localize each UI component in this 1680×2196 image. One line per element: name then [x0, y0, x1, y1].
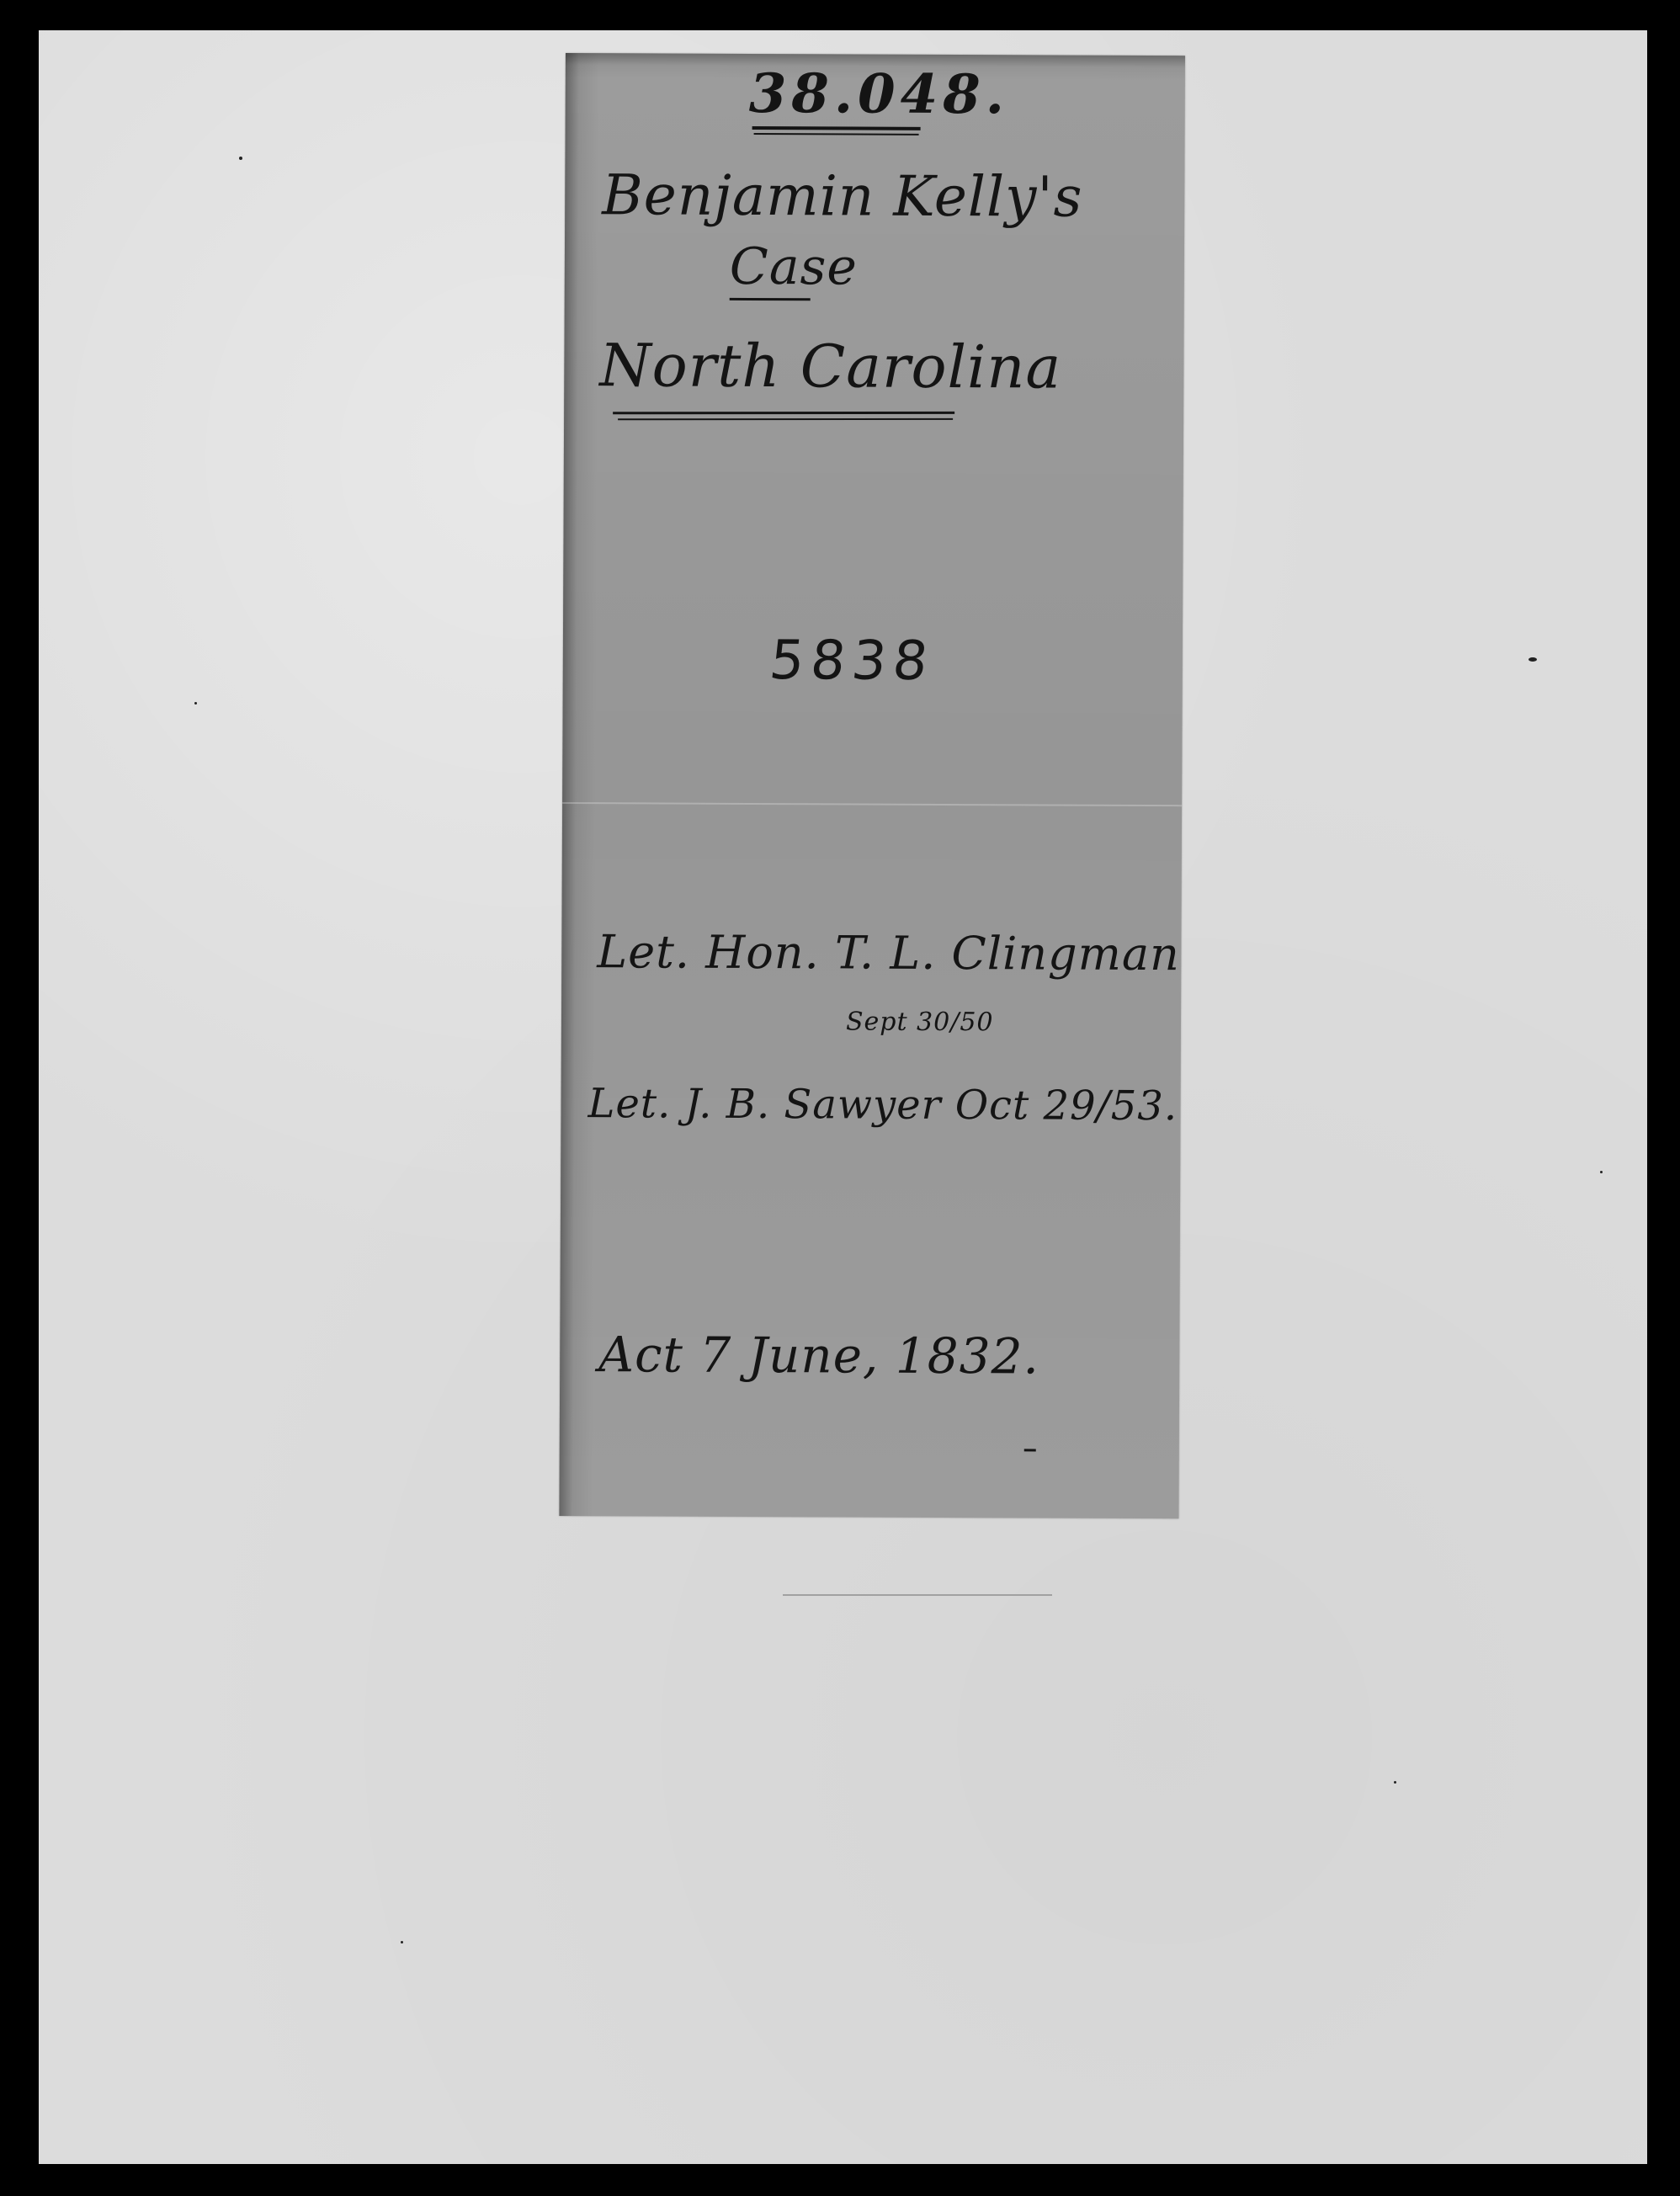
case-number: 38.048.	[749, 62, 1010, 126]
scanned-page: 38.048. Benjamin Kelly's Case North Caro…	[39, 30, 1647, 2164]
file-jacket-slip: 38.048. Benjamin Kelly's Case North Caro…	[559, 53, 1185, 1518]
state-name: North Carolina	[599, 331, 1061, 401]
case-label: Case	[730, 237, 858, 297]
case-label-underline	[730, 298, 811, 300]
faint-rule-line	[783, 1594, 1052, 1596]
letter-date: Sept 30/50	[846, 1007, 994, 1037]
ink-speck	[401, 1941, 403, 1943]
letter-entry: Let. Hon. T. L. Clingman	[597, 925, 1180, 981]
ink-speck	[1528, 657, 1537, 662]
ink-speck	[1600, 1171, 1603, 1173]
ink-dash	[1024, 1449, 1036, 1451]
ink-speck	[239, 157, 242, 160]
ink-speck	[194, 702, 197, 705]
claimant-name: Benjamin Kelly's	[602, 162, 1083, 229]
case-number-underline	[754, 133, 919, 136]
state-underline	[618, 418, 953, 420]
fold-seam	[562, 802, 1182, 806]
letter-entry: Let. J. B. Sawyer Oct 29/53.	[587, 1080, 1178, 1130]
act-reference: Act 7 June, 1832.	[598, 1326, 1039, 1385]
state-underline	[613, 412, 954, 414]
ink-speck	[1394, 1781, 1396, 1784]
file-number: 5838	[767, 630, 938, 693]
case-number-underline	[752, 126, 921, 130]
